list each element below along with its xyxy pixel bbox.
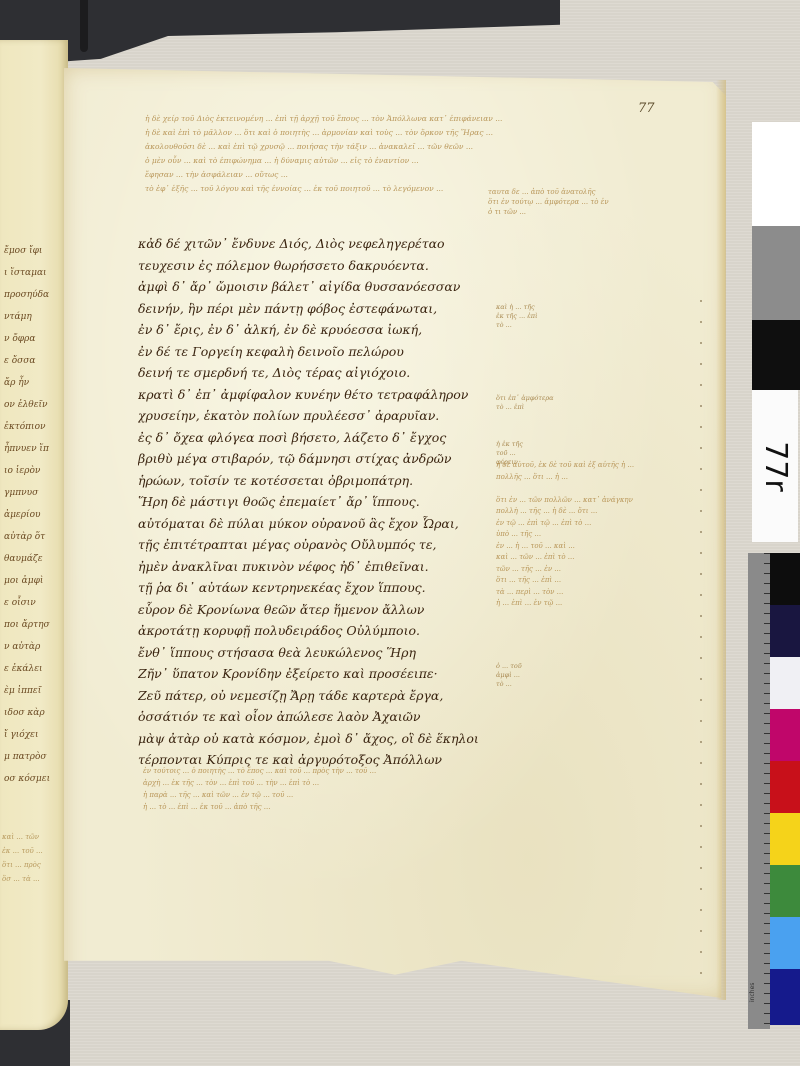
note-line: καὶ ἡ ... τῆς [496,303,556,312]
color-swatch [770,553,800,605]
text-line: ἀμφὶ δ᾿ ἄρ᾿ ὤμοισιν βάλετ᾿ αἰγίδα θυσσαν… [138,276,508,298]
prick-mark [700,552,702,554]
text-line: ※κἀδ δέ χιτῶν᾿ ἔνδυνε Διός, Διὸς νεφεληγ… [138,233,508,255]
prick-mark [700,846,702,848]
line-text: ἀμφὶ δ᾿ ἄρ᾿ ὤμοισιν βάλετ᾿ αἰγίδα θυσσαν… [138,279,460,294]
note-line: τὸ ... ἐπὶ [496,403,556,412]
line-text: ἠμὲν ἀνακλῖναι πυκινὸν νέφος ἠδ᾿ ἐπιθεῖν… [138,559,429,574]
left-page-line: ὲμ ἱππεῖ [4,680,64,702]
prick-mark [700,951,702,953]
left-page-line: ε ὄσσα [4,350,64,372]
interlinear-note: ὁ ... τοῦἀμφὶ ... τὸ ... [496,662,556,689]
note-line: τοῦ ... [496,449,556,458]
line-text: τευχεσιν ἐς πόλεμον θωρήσσετο δακρυόεντα… [138,258,429,273]
prick-mark [700,699,702,701]
prick-mark [700,594,702,596]
prick-mark [700,342,702,344]
left-page-line: ἐκτόπιον [4,416,64,438]
line-text: βριθὺ μέγα στιβαρόν, τῷ δάμνησι στίχας ἀ… [138,451,451,466]
gray-swatch [752,122,800,226]
gray-swatch [752,226,800,320]
gloss-line: τῶν ... τῆς ... ἐν ... [496,564,721,576]
left-page-line: ἦπνυεν ἵπ [4,438,64,460]
line-text: ὁσσάτιόν τε καὶ οἷον ἀπώλεσε λαὸν Ἀχαιῶν [138,709,420,724]
gloss-line: ἡ παρὰ ... τῆς ... καὶ τῶν ... ἐν τῷ ...… [143,789,583,801]
text-line: δεινήν, ἣν πέρι μὲν πάντῃ φόβος ἐστεφάνω… [138,298,508,320]
line-text: δεινή τε σμερδνή τε, Διὸς τέρας αἰγιόχοι… [138,365,410,380]
text-line: τῇς ἐπιτέτραπται μέγας οὐρανὸς Οὔλυμπός … [138,534,508,556]
text-line: τῇ ῥα δι᾿ αὐτάων κεντρηνεκέας ἔχον ἵππου… [138,577,508,599]
right-margin-gloss: ἡ δὲ αὐτοῦ, ἐκ δὲ τοῦ καὶ ἐξ αὐτῆς ἡ ...… [496,460,721,610]
binding-strap [80,0,88,52]
left-page-line: ι ἵσταμαι [4,262,64,284]
gloss-line: ὅτι ἐν ... τῶν πολλῶν ... κατ᾿ ἀνάγκην [496,495,721,507]
text-line: Ζεῦ πάτερ, οὐ νεμεσίζῃ Ἄρῃ τάδε καρτερὰ … [138,685,508,707]
text-line: δεινή τε σμερδνή τε, Διὸς τέρας αἰγιόχοι… [138,362,508,384]
prick-mark [700,657,702,659]
left-page-line: ἄρ ἦν [4,372,64,394]
gloss-line: ταυτα δε ... ἀπὸ τοῦ ἀνατολῆς [488,187,713,197]
gloss-line: ὁ τι τῶν ... [488,207,713,217]
prick-mark [700,678,702,680]
prick-mark [700,363,702,365]
line-text: μὰψ ἀτὰρ οὐ κατὰ κόσμον, ἐμοὶ δ᾿ ἄχος, ο… [138,731,479,746]
ruler [748,553,770,1029]
gloss-line: ἡ ... ἐπὶ ... ἐν τῷ ... [496,598,721,610]
interlinear-note: καὶ ἡ ... τῆςἐκ τῆς ... ἐπὶτὸ ... [496,303,556,330]
prick-mark [700,405,702,407]
gloss-line: ὅτι ... τῆς ... ἐπὶ ... [496,575,721,587]
text-line: ἠμὲν ἀνακλῖναι πυκινὸν νέφος ἠδ᾿ ἐπιθεῖν… [138,556,508,578]
line-text: ἔνθ᾿ ἵππους στήσασα θεὰ λευκώλενος Ἥρη [138,645,416,660]
line-text: ἐς δ᾿ ὄχεα φλόγεα ποσὶ βήσετο, λάζετο δ᾿… [138,430,446,445]
prick-mark [700,636,702,638]
prick-mark [700,573,702,575]
left-page: ἔμοσ ἴφιι ἵσταμαιπροσηύδαντάμην ὄφραε ὄσ… [0,40,68,1030]
left-page-line: γμπνυσ [4,482,64,504]
prick-mark [700,615,702,617]
text-line: ›ἀκροτάτῃ κορυφῇ πολυδειράδος Οὐλύμποιο. [138,620,508,642]
text-line: ὁσσάτιόν τε καὶ οἷον ἀπώλεσε λαὸν Ἀχαιῶν [138,706,508,728]
line-text: κἀδ δέ χιτῶν᾿ ἔνδυνε Διός, Διὸς νεφεληγε… [138,236,445,251]
line-text: χρυσείην, ἑκατὸν πολίων πρυλέεσσ᾿ ἀραρυῖ… [138,408,439,423]
left-page-line: ε ἐκάλει [4,658,64,680]
line-text: δεινήν, ἣν πέρι μὲν πάντῃ φόβος ἐστεφάνω… [138,301,437,316]
left-page-gloss: καὶ ... τῶνἐκ ... τοῦ ... ὅτι ... πρὸςὅσ… [2,830,64,886]
color-swatch [770,969,800,1025]
gloss-line: ἀρχὴ ... ἐκ τῆς ... τὸν ... ἐπὶ τοῦ ... … [143,777,583,789]
left-page-line: ἀμερίου [4,504,64,526]
left-page-line: ποι ἄρτησ [4,614,64,636]
left-page-line: ἔμοσ ἴφι [4,240,64,262]
line-text: Ζῆν᾿ ὕπατον Κρονίδην ἐξείρετο καὶ προσέε… [138,666,438,681]
line-text: τῇ ῥα δι᾿ αὐτάων κεντρηνεκέας ἔχον ἵππου… [138,580,426,595]
prick-mark [700,426,702,428]
left-gloss-line: ὅτι ... πρὸς [2,858,64,872]
line-text: Ζεῦ πάτερ, οὐ νεμεσίζῃ Ἄρῃ τάδε καρτερὰ … [138,688,443,703]
color-swatch [770,657,800,709]
text-line: ›αὐτόμαται δὲ πύλαι μύκον οὐρανοῦ ἃς ἔχο… [138,513,508,535]
prick-mark [700,531,702,533]
gloss-line: τὰ ... περὶ ... τὸν ... [496,587,721,599]
left-page-line: οσ κόσμει [4,768,64,790]
interlinear-note: ὅτι ἐπ᾿ ἀμφότερατὸ ... ἐπὶ [496,394,556,412]
text-line: ἐς δ᾿ ὄχεα φλόγεα ποσὶ βήσετο, λάζετο δ᾿… [138,427,508,449]
left-page-line: ε οἶσιν [4,592,64,614]
text-line: ἐν δέ τε Γοργείη κεφαλὴ δεινοῖο πελώρου [138,341,508,363]
left-page-line: μοι ἀμφὶ [4,570,64,592]
prick-mark [700,447,702,449]
left-gloss-line: ὅσ ... τὰ ... [2,872,64,886]
top-gloss-right-note: ταυτα δε ... ἀπὸ τοῦ ἀνατολῆςὅτι ἐν τούτ… [488,187,713,217]
note-line: ἡ ἐκ τῆς [496,440,556,449]
prick-mark [700,783,702,785]
text-line: Ἥρη δὲ μάστιγι θοῶς ἐπεμαίετ᾿ ἄρ᾿ ἵππους… [138,491,508,513]
note-line: ὅτι ἐπ᾿ ἀμφότερα [496,394,556,403]
gloss-line: ἡ δὲ χείρ τοῦ Διὸς ἐκτεινομένη ... ἐπὶ τ… [145,113,645,127]
color-swatches [770,553,800,1025]
line-text: τῇς ἐπιτέτραπται μέγας οὐρανὸς Οὔλυμπός … [138,537,437,552]
gloss-line: ὑπὸ ... τῆς ... [496,529,721,541]
line-text: αὐτόμαται δὲ πύλαι μύκον οὐρανοῦ ἃς ἔχον… [138,516,459,531]
left-page-line: ιο ἱερὸν [4,460,64,482]
gloss-line: ὅτι ἐν τούτῳ ... ἀμφότερα ... τὸ ἐν [488,197,713,207]
gray-swatch [752,320,800,390]
gloss-line: ἐν ... ἡ ... τοῦ ... καὶ ... [496,541,721,553]
text-line: ›χρυσείην, ἑκατὸν πολίων πρυλέεσσ᾿ ἀραρυ… [138,405,508,427]
left-page-line: μ πατρὸσ [4,746,64,768]
line-text: ἐν δέ τε Γοργείη κεφαλὴ δεινοῖο πελώρου [138,344,404,359]
line-text: ἀκροτάτῃ κορυφῇ πολυδειράδος Οὐλύμποιο. [138,623,420,638]
text-line: εὗρον δὲ Κρονίωνα θεῶν ἄτερ ἥμενον ἄλλων [138,599,508,621]
prick-mark [700,825,702,827]
note-line: ἀμφὶ ... [496,671,556,680]
text-line: Ζῆν᾿ ὕπατον Κρονίδην ἐξείρετο καὶ προσέε… [138,663,508,685]
prick-mark [700,867,702,869]
left-page-line: ν ὄφρα [4,328,64,350]
prick-mark [700,762,702,764]
gloss-line: ἡ δὲ αὐτοῦ, ἐκ δὲ τοῦ καὶ ἐξ αὐτῆς ἡ ... [496,460,721,472]
line-text: ἐν δ᾿ ἔρις, ἐν δ᾿ ἀλκή, ἐν δὲ κρυόεσσα ἰ… [138,322,422,337]
prick-mark [700,300,702,302]
text-line: ἐν δ᾿ ἔρις, ἐν δ᾿ ἀλκή, ἐν δὲ κρυόεσσα ἰ… [138,319,508,341]
color-swatch [770,709,800,761]
bottom-gloss: ἐν τούτοις ... ὁ ποιητὴς ... τὸ ἔπος ...… [143,765,583,813]
gray-scale-swatches [752,122,800,390]
prick-mark [700,384,702,386]
gloss-line: καὶ ... τῶν ... ἐπὶ τὸ ... [496,552,721,564]
prick-mark [700,888,702,890]
left-page-line: ἴ γιόχει [4,724,64,746]
prick-mark [700,804,702,806]
line-text: εὗρον δὲ Κρονίωνα θεῶν ἄτερ ἥμενον ἄλλων [138,602,424,617]
prick-mark [700,468,702,470]
left-page-line: θαυμάζε [4,548,64,570]
left-page-text: ἔμοσ ἴφιι ἵσταμαιπροσηύδαντάμην ὄφραε ὄσ… [4,240,64,790]
gloss-line: πολλὴ ... τῆς ... ἡ δὲ ... ὅτι ... [496,506,721,518]
folio-label-card: 77r [752,390,798,542]
color-swatch [770,865,800,917]
line-text: κρατὶ δ᾿ ἐπ᾿ ἀμφίφαλον κυνέην θέτο τετρα… [138,387,468,402]
text-line: τευχεσιν ἐς πόλεμον θωρήσσετο δακρυόεντα… [138,255,508,277]
gloss-line: ἡ ... τὸ ... ἐπὶ ... ἐκ τοῦ ... ἀπὸ τῆς … [143,801,583,813]
ruler-label: inches [749,983,756,1002]
text-line: μὰψ ἀτὰρ οὐ κατὰ κόσμον, ἐμοὶ δ᾿ ἄχος, ο… [138,728,508,750]
gloss-line: ἡ δὲ καὶ ἐπὶ τὸ μᾶλλον ... ὅτι καὶ ὁ ποι… [145,127,645,141]
prick-mark [700,510,702,512]
left-page-line: αὐτὰρ ὅτ [4,526,64,548]
left-page-line: ον ἐλθεῖν [4,394,64,416]
prick-mark [700,720,702,722]
line-text: ἡρώων, τοῖσίν τε κοτέσσεται ὀβριμοπάτρη. [138,473,413,488]
prick-mark [700,909,702,911]
text-line: ἔνθ᾿ ἵππους στήσασα θεὰ λευκώλενος Ἥρη [138,642,508,664]
left-page-line: προσηύδα [4,284,64,306]
text-line: ※βριθὺ μέγα στιβαρόν, τῷ δάμνησι στίχας … [138,448,508,470]
left-gloss-line: καὶ ... τῶν [2,830,64,844]
left-gloss-line: ἐκ ... τοῦ ... [2,844,64,858]
gloss-line: ἀκολουθοῦσι δὲ ... καὶ ἐπὶ τῷ χρυσῷ ... … [145,141,645,155]
text-line: ※ἡρώων, τοῖσίν τε κοτέσσεται ὀβριμοπάτρη… [138,470,508,492]
left-page-line: ντάμη [4,306,64,328]
gloss-line: ἔφησαν ... τὴν ἀσφάλειαν ... οὕτως ... [145,169,645,183]
prick-mark [700,972,702,974]
color-swatch [770,813,800,865]
color-swatch [770,761,800,813]
line-text: Ἥρη δὲ μάστιγι θοῶς ἐπεμαίετ᾿ ἄρ᾿ ἵππους… [138,494,420,509]
prick-mark [700,321,702,323]
top-gloss: ἡ δὲ χείρ τοῦ Διὸς ἐκτεινομένη ... ἐπὶ τ… [145,113,645,195]
left-page-line: ν αὐτὰρ [4,636,64,658]
note-line: ἐκ τῆς ... ἐπὶ [496,312,556,321]
text-line: κρατὶ δ᾿ ἐπ᾿ ἀμφίφαλον κυνέην θέτο τετρα… [138,384,508,406]
prick-mark [700,741,702,743]
folio-label: 77r [758,441,793,492]
left-page-line: ιδοσ κὰρ [4,702,64,724]
gloss-line [496,483,721,495]
gloss-line: πολλῆς ... ὅτι ... ἡ ... [496,472,721,484]
note-line: ὁ ... τοῦ [496,662,556,671]
gloss-line: ὁ μὲν οὖν ... καὶ τὸ ἐπιφώνημα ... ἡ δύν… [145,155,645,169]
prick-mark [700,930,702,932]
note-line: τὸ ... [496,680,556,689]
color-swatch [770,605,800,657]
gloss-line: ἐν τούτοις ... ὁ ποιητὴς ... τὸ ἔπος ...… [143,765,583,777]
prick-mark [700,489,702,491]
color-swatch [770,917,800,969]
gloss-line: ἐν τῷ ... ἐπὶ τῷ ... ἐπὶ τὸ ... [496,518,721,530]
main-text-block: ※κἀδ δέ χιτῶν᾿ ἔνδυνε Διός, Διὸς νεφεληγ… [138,233,508,771]
note-line: τὸ ... [496,321,556,330]
